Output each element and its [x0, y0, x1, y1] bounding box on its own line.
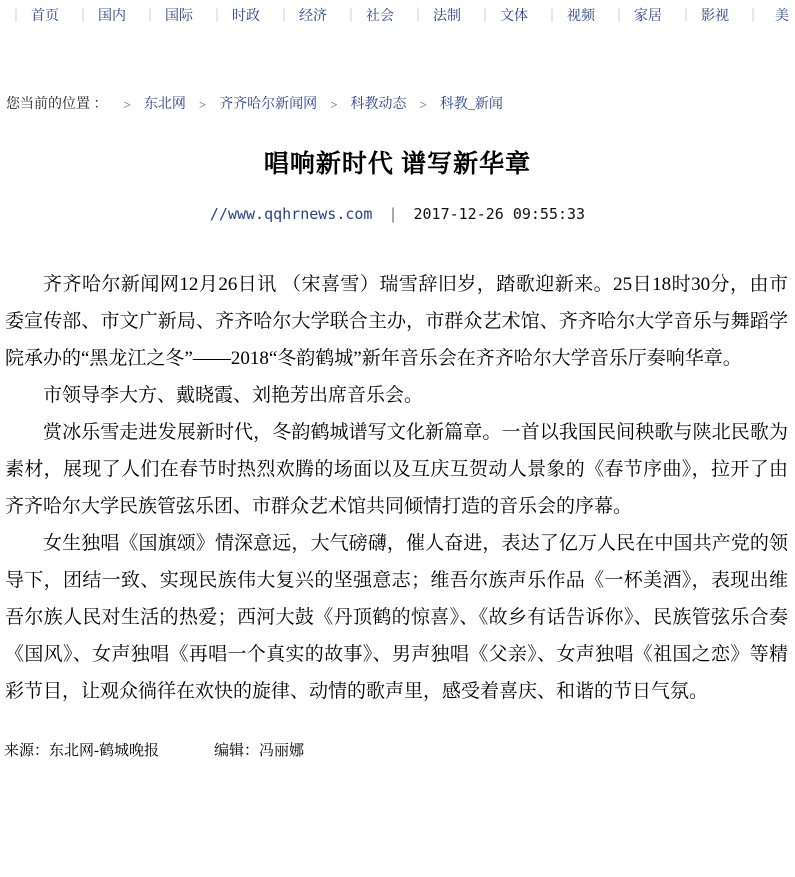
footer-editor: 编辑：冯丽娜	[214, 741, 304, 761]
nav-item: ｜ 视频	[536, 7, 603, 27]
nav-link[interactable]: 时政	[232, 7, 260, 27]
nav-item: ｜ 首页	[0, 7, 67, 27]
source-url-link[interactable]: //www.qqhrnews.com	[210, 204, 373, 224]
nav-link[interactable]: 国内	[98, 7, 126, 27]
top-nav-bar: ｜ 首页 ｜ 国内 ｜ 国际 ｜ 时政 ｜ 经济 ｜ 社会 ｜ 法制 ｜ 文体 …	[0, 0, 795, 27]
nav-item: ｜ 影视	[670, 7, 737, 27]
nav-separator: ｜	[670, 7, 693, 27]
nav-separator: ｜	[0, 7, 23, 27]
breadcrumb-link[interactable]: 齐齐哈尔新闻网	[219, 95, 317, 115]
breadcrumb-separator-icon: >	[317, 95, 350, 115]
breadcrumb-separator-icon: >	[108, 95, 144, 115]
source-label: 来源：	[4, 743, 49, 759]
article-paragraph: 齐齐哈尔新闻网12月26日讯 （宋喜雪）瑞雪辞旧岁，踏歌迎新来。25日18时30…	[5, 266, 788, 377]
nav-link[interactable]: 家居	[634, 7, 662, 27]
breadcrumb-link[interactable]: 科教动态	[351, 95, 407, 115]
nav-item: ｜ 国际	[134, 7, 201, 27]
article-paragraph: 赏冰乐雪走进发展新时代，冬韵鹤城谱写文化新篇章。一首以我国民间秧歌与陕北民歌为素…	[5, 414, 788, 525]
editor-label: 编辑：	[214, 743, 259, 759]
breadcrumb-link[interactable]: 科教_新闻	[440, 95, 503, 115]
nav-separator: ｜	[536, 7, 559, 27]
nav-separator: ｜	[737, 7, 760, 27]
nav-item: ｜ 法制	[402, 7, 469, 27]
breadcrumb-link[interactable]: 东北网	[144, 95, 186, 115]
publish-datetime: 2017-12-26 09:55:33	[414, 204, 586, 224]
article-footer: 来源：东北网-鹤城晚报 编辑：冯丽娜	[0, 741, 795, 761]
nav-item: ｜ 美	[737, 7, 795, 27]
nav-item: ｜ 文体	[469, 7, 536, 27]
nav-link[interactable]: 文体	[500, 7, 528, 27]
meta-separator: |	[372, 204, 413, 224]
nav-separator: ｜	[134, 7, 157, 27]
nav-link[interactable]: 经济	[299, 7, 327, 27]
nav-item: ｜ 家居	[603, 7, 670, 27]
breadcrumb-item: > 科教_新闻	[407, 95, 503, 115]
nav-separator: ｜	[469, 7, 492, 27]
article-paragraph: 市领导李大方、戴晓霞、刘艳芳出席音乐会。	[5, 377, 788, 414]
breadcrumb-item: > 东北网	[108, 95, 186, 115]
breadcrumb: 您当前的位置 ： > 东北网 > 齐齐哈尔新闻网 > 科教动态 > 科教_新闻	[0, 95, 795, 115]
nav-separator: ｜	[67, 7, 90, 27]
nav-link[interactable]: 美	[775, 7, 789, 27]
nav-link[interactable]: 视频	[567, 7, 595, 27]
breadcrumb-label: 您当前的位置 ：	[6, 95, 108, 115]
nav-item: ｜ 时政	[201, 7, 268, 27]
footer-source: 来源：东北网-鹤城晚报	[4, 741, 159, 761]
article-meta: //www.qqhrnews.com | 2017-12-26 09:55:33	[0, 204, 795, 224]
nav-separator: ｜	[603, 7, 626, 27]
article-body: 齐齐哈尔新闻网12月26日讯 （宋喜雪）瑞雪辞旧岁，踏歌迎新来。25日18时30…	[0, 266, 795, 710]
nav-separator: ｜	[335, 7, 358, 27]
nav-separator: ｜	[268, 7, 291, 27]
editor-value: 冯丽娜	[259, 743, 304, 759]
breadcrumb-separator-icon: >	[407, 95, 440, 115]
nav-link[interactable]: 首页	[31, 7, 59, 27]
nav-separator: ｜	[402, 7, 425, 27]
nav-separator: ｜	[201, 7, 224, 27]
breadcrumb-links: > 东北网 > 齐齐哈尔新闻网 > 科教动态 > 科教_新闻	[108, 95, 503, 115]
article-paragraph: 女生独唱《国旗颂》情深意远，大气磅礴，催人奋进，表达了亿万人民在中国共产党的领导…	[5, 525, 788, 710]
breadcrumb-separator-icon: >	[186, 95, 219, 115]
breadcrumb-item: > 齐齐哈尔新闻网	[186, 95, 317, 115]
article-title: 唱响新时代 谱写新华章	[0, 149, 795, 181]
nav-link[interactable]: 社会	[366, 7, 394, 27]
nav-item: ｜ 经济	[268, 7, 335, 27]
nav-link[interactable]: 影视	[701, 7, 729, 27]
breadcrumb-item: > 科教动态	[317, 95, 406, 115]
nav-link[interactable]: 国际	[165, 7, 193, 27]
nav-item: ｜ 国内	[67, 7, 134, 27]
nav-link[interactable]: 法制	[433, 7, 461, 27]
source-value: 东北网-鹤城晚报	[49, 743, 159, 759]
nav-item: ｜ 社会	[335, 7, 402, 27]
